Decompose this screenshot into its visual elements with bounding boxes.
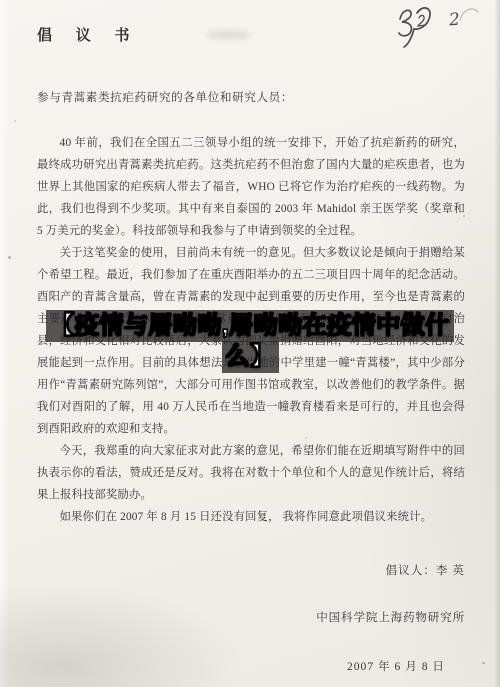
signer-name: 倡议人：李 英 [37, 562, 465, 578]
handwritten-page-number: 2 [448, 10, 460, 31]
scan-speckle [14, 120, 16, 122]
letter-salutation: 参与青蒿素类抗疟药研究的各单位和研究人员： [37, 89, 465, 105]
caption-text: 么】 [222, 341, 279, 373]
letter-paragraph: 40 年前，我们在全国五二三领导小组的统一安排下，开始了抗疟新药的研究，最终成功… [37, 132, 465, 242]
letter-date: 2007 年 6 月 8 日 [37, 658, 465, 674]
caption-text: 【疫情与屠呦呦,屠呦呦在疫情中做什 [46, 310, 453, 342]
letter-closing: 倡议人：李 英 中国科学院上海药物研究所 2007 年 6 月 8 日 [37, 538, 465, 674]
scan-speckle [8, 256, 11, 259]
caption-line: 么】 [0, 341, 500, 373]
caption-line: 【疫情与屠呦呦,屠呦呦在疫情中做什 [0, 310, 500, 342]
letter-paragraph: 今天，我郑重的向大家征求对此方案的意见，希望你们能在近期填写附件中的回执表示你的… [37, 440, 465, 506]
caption-overlay: 【疫情与屠呦呦,屠呦呦在疫情中做什 么】 [0, 311, 500, 373]
letter-paragraph: 如果你们在 2007 年 8 月 15 日还没有回复， 我将作同意此项倡议来统计… [37, 506, 465, 528]
scanned-letter-page: 2 倡 议 书 参与青蒿素类抗疟药研究的各单位和研究人员： 40 年前，我们在全… [0, 0, 500, 687]
signer-organization: 中国科学院上海药物研究所 [37, 609, 465, 625]
handwritten-arc-mark [458, 4, 480, 22]
letter-content: 倡 议 书 参与青蒿素类抗疟药研究的各单位和研究人员： 40 年前，我们在全国五… [37, 24, 465, 528]
handwritten-scribble-icon [393, 2, 443, 52]
scan-speckle [482, 662, 485, 664]
